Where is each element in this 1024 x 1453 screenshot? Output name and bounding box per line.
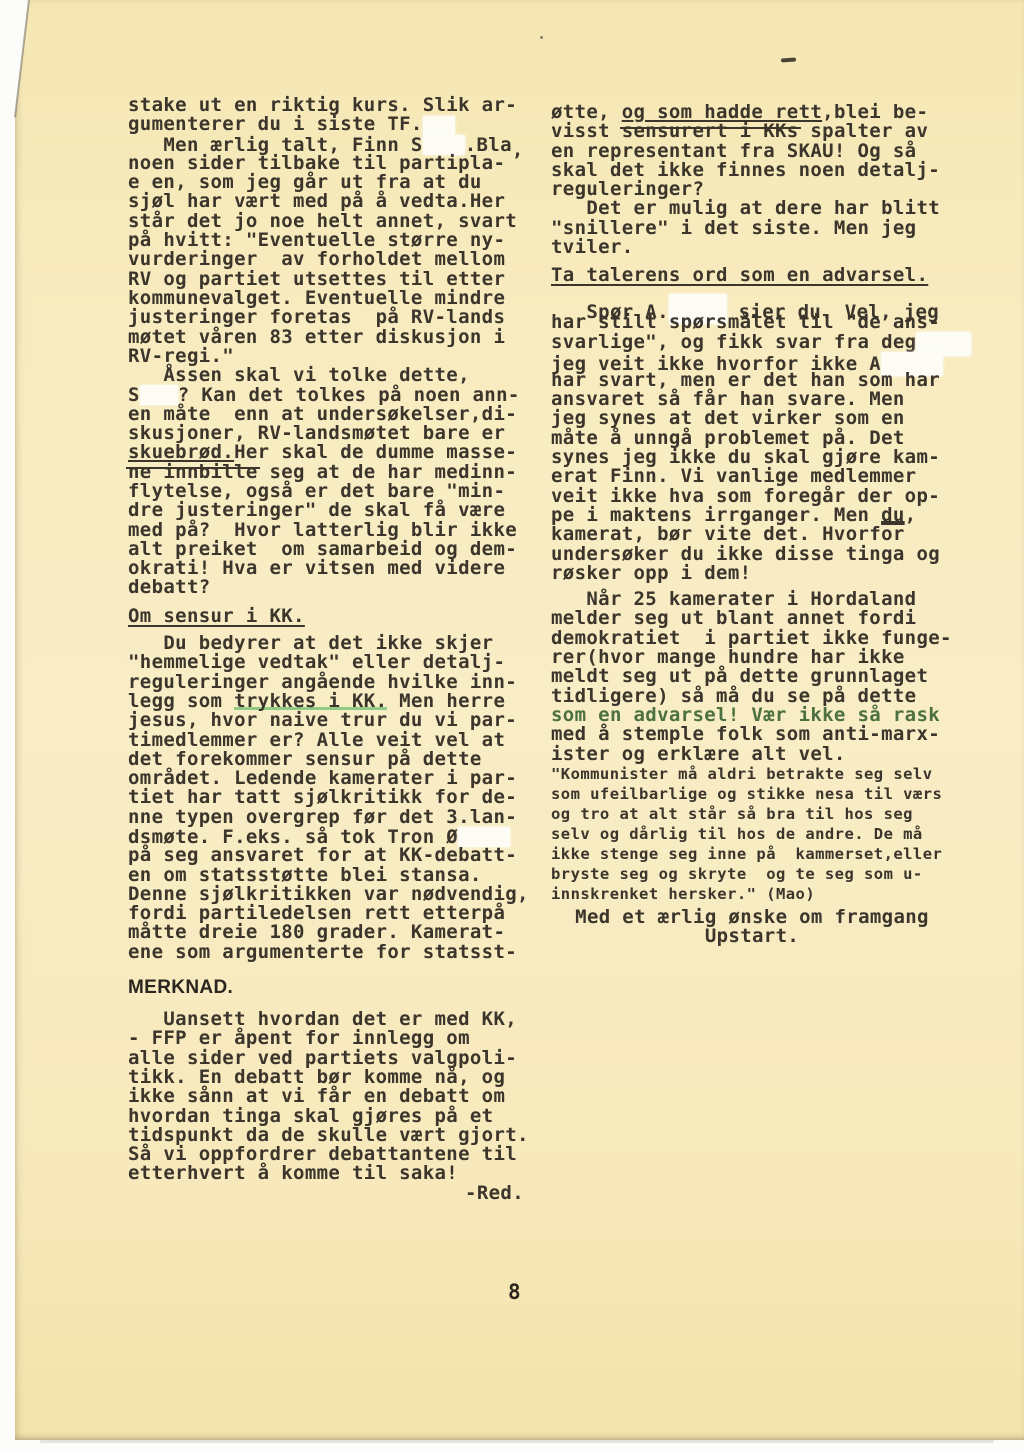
page-number: 8 xyxy=(508,1280,521,1304)
text-line: S? Kan det tolkes på noen ann- xyxy=(128,385,524,404)
text-line: selv og dårlig til hos de andre. De må xyxy=(551,824,953,844)
bottom-scan-smudge xyxy=(40,1440,994,1443)
text-line: hvordan tinga skal gjøres på et xyxy=(128,1107,524,1126)
text-line: Det er mulig at dere har blitt xyxy=(551,199,953,218)
text-line: skuebrød.Her skal de dumme masse- xyxy=(128,443,524,462)
text-line: MERKNAD. xyxy=(128,978,524,997)
text-line: "hemmelige vedtak" eller detalj- xyxy=(128,653,524,672)
text-line: undersøker du ikke disse tinga og xyxy=(551,545,953,564)
text-line: ikke sånn at vi får en debatt om xyxy=(128,1087,524,1106)
text-line: Ta talerens ord som en advarsel. xyxy=(551,266,953,285)
merknad-heading: MERKNAD. xyxy=(128,978,524,1002)
signature: Med et ærlig ønske om framgangUpstart. xyxy=(551,908,953,947)
text-line: ene som argumenterte for statsst- xyxy=(128,943,524,962)
text-line: på seg ansvaret for at KK-debatt- xyxy=(128,846,524,865)
text-line: debatt? xyxy=(128,578,524,597)
text-line: -Red. xyxy=(128,1184,524,1203)
text-line: en om statsstøtte blei stansa. xyxy=(128,866,524,885)
text-line: måtte dreie 180 grader. Kamerat- xyxy=(128,923,524,942)
text-line: røsker opp i dem! xyxy=(551,564,953,583)
continuation-paragraph: øtte, og som hadde rett,blei be-visst se… xyxy=(551,103,953,257)
text-segment: or xyxy=(881,523,905,545)
text-line: med å stemple folk som anti-marx- xyxy=(551,725,953,744)
text-line: gumenterer du i siste TF. xyxy=(128,115,524,134)
text-line: erat Finn. Vi vanlige medlemmer xyxy=(551,467,953,486)
text-line: tviler. xyxy=(551,238,953,257)
text-line: med på? Hvor latterlig blir ikke xyxy=(128,521,524,540)
text-line: en representant fra SKAU! Og så xyxy=(551,142,953,161)
text-line: jeg veit ikke hvorfor ikke A xyxy=(551,352,953,371)
left-text-column: stake ut en riktig kurs. Slik ar-gumente… xyxy=(128,96,524,1203)
text-line: og tro at alt står så bra til hos seg xyxy=(551,804,953,824)
merknad-paragraph: Uansett hvordan det er med KK,- FFP er å… xyxy=(128,1010,524,1203)
text-line: har stilt spørsmålet til "de ans- xyxy=(551,313,953,332)
section-heading-sensur: Om sensur i KK. xyxy=(128,607,524,626)
scanned-page: stake ut en riktig kurs. Slik ar-gumente… xyxy=(0,0,1024,1453)
text-line: vurderinger av forholdet mellom xyxy=(128,250,524,269)
text-line: Men ærlig talt, Finn S.Bla, xyxy=(128,135,524,154)
text-line: Åssen skal vi tolke dette, xyxy=(128,366,524,385)
text-segment: sensurert i KKs xyxy=(622,122,799,141)
text-line: ister og erklære alt vel. xyxy=(551,745,953,764)
text-line: sjøl har vært med på å vedta.Her xyxy=(128,192,524,211)
text-line: bryste seg og skryte og te seg som u- xyxy=(551,864,953,884)
intro-paragraphs: stake ut en riktig kurs. Slik ar-gumente… xyxy=(128,96,524,598)
text-segment: , xyxy=(512,139,524,161)
text-line: ikke stenge seg inne på kammerset,eller xyxy=(551,844,953,864)
text-line: meldt seg ut på dette grunnlaget xyxy=(551,667,953,686)
text-line: innskrenket hersker." (Mao) xyxy=(551,884,953,904)
advarsel-paragraph: Spør A. sier du. Vel, jeghar stilt spørs… xyxy=(551,294,953,583)
text-line: nne typen overgrep før det 3.lan- xyxy=(128,808,524,827)
text-line: "Kommunister må aldri betrakte seg selv xyxy=(551,764,953,784)
text-line: melder seg ut blant annet fordi xyxy=(551,609,953,628)
hordaland-paragraph: Når 25 kamerater i Hordalandmelder seg u… xyxy=(551,590,953,764)
text-line: kamerat, bør vite det. Hvorfor xyxy=(551,525,953,544)
text-line: justeringer foretas på RV-lands xyxy=(128,308,524,327)
mao-quote: "Kommunister må aldri betrakte seg selvs… xyxy=(551,764,953,904)
text-line: jesus, hvor naive trur du vi par- xyxy=(128,711,524,730)
section-heading-advarsel: Ta talerens ord som en advarsel. xyxy=(551,266,953,285)
text-line: jeg synes at det virker som en xyxy=(551,409,953,428)
text-line: dre justeringer" de skal få være xyxy=(128,501,524,520)
text-line: etterhvert å komme til saka! xyxy=(128,1164,524,1183)
text-line: Om sensur i KK. xyxy=(128,607,524,626)
text-line: - FFP er åpent for innlegg om xyxy=(128,1029,524,1048)
text-line: møtet våren 83 etter diskusjon i xyxy=(128,328,524,347)
right-text-column: øtte, og som hadde rett,blei be-visst se… xyxy=(551,103,953,946)
text-line: timedlemmer er? Alle veit vel at xyxy=(128,731,524,750)
scan-speck xyxy=(540,36,543,39)
text-line: reguleringer angående hvilke inn- xyxy=(128,673,524,692)
text-line: Upstart. xyxy=(551,927,953,946)
text-line: som ufeilbarlige og stikke nesa til værs xyxy=(551,784,953,804)
text-line: svarlige", og fikk svar fra deg xyxy=(551,332,953,351)
text-line: visst sensurert i KKs spalter av xyxy=(551,122,953,141)
text-segment: ne innbille xyxy=(128,463,258,482)
text-line: tiet har tatt sjølkritikk for de- xyxy=(128,788,524,807)
sensur-paragraph: Du bedyrer at det ikke skjer"hemmelige v… xyxy=(128,634,524,962)
